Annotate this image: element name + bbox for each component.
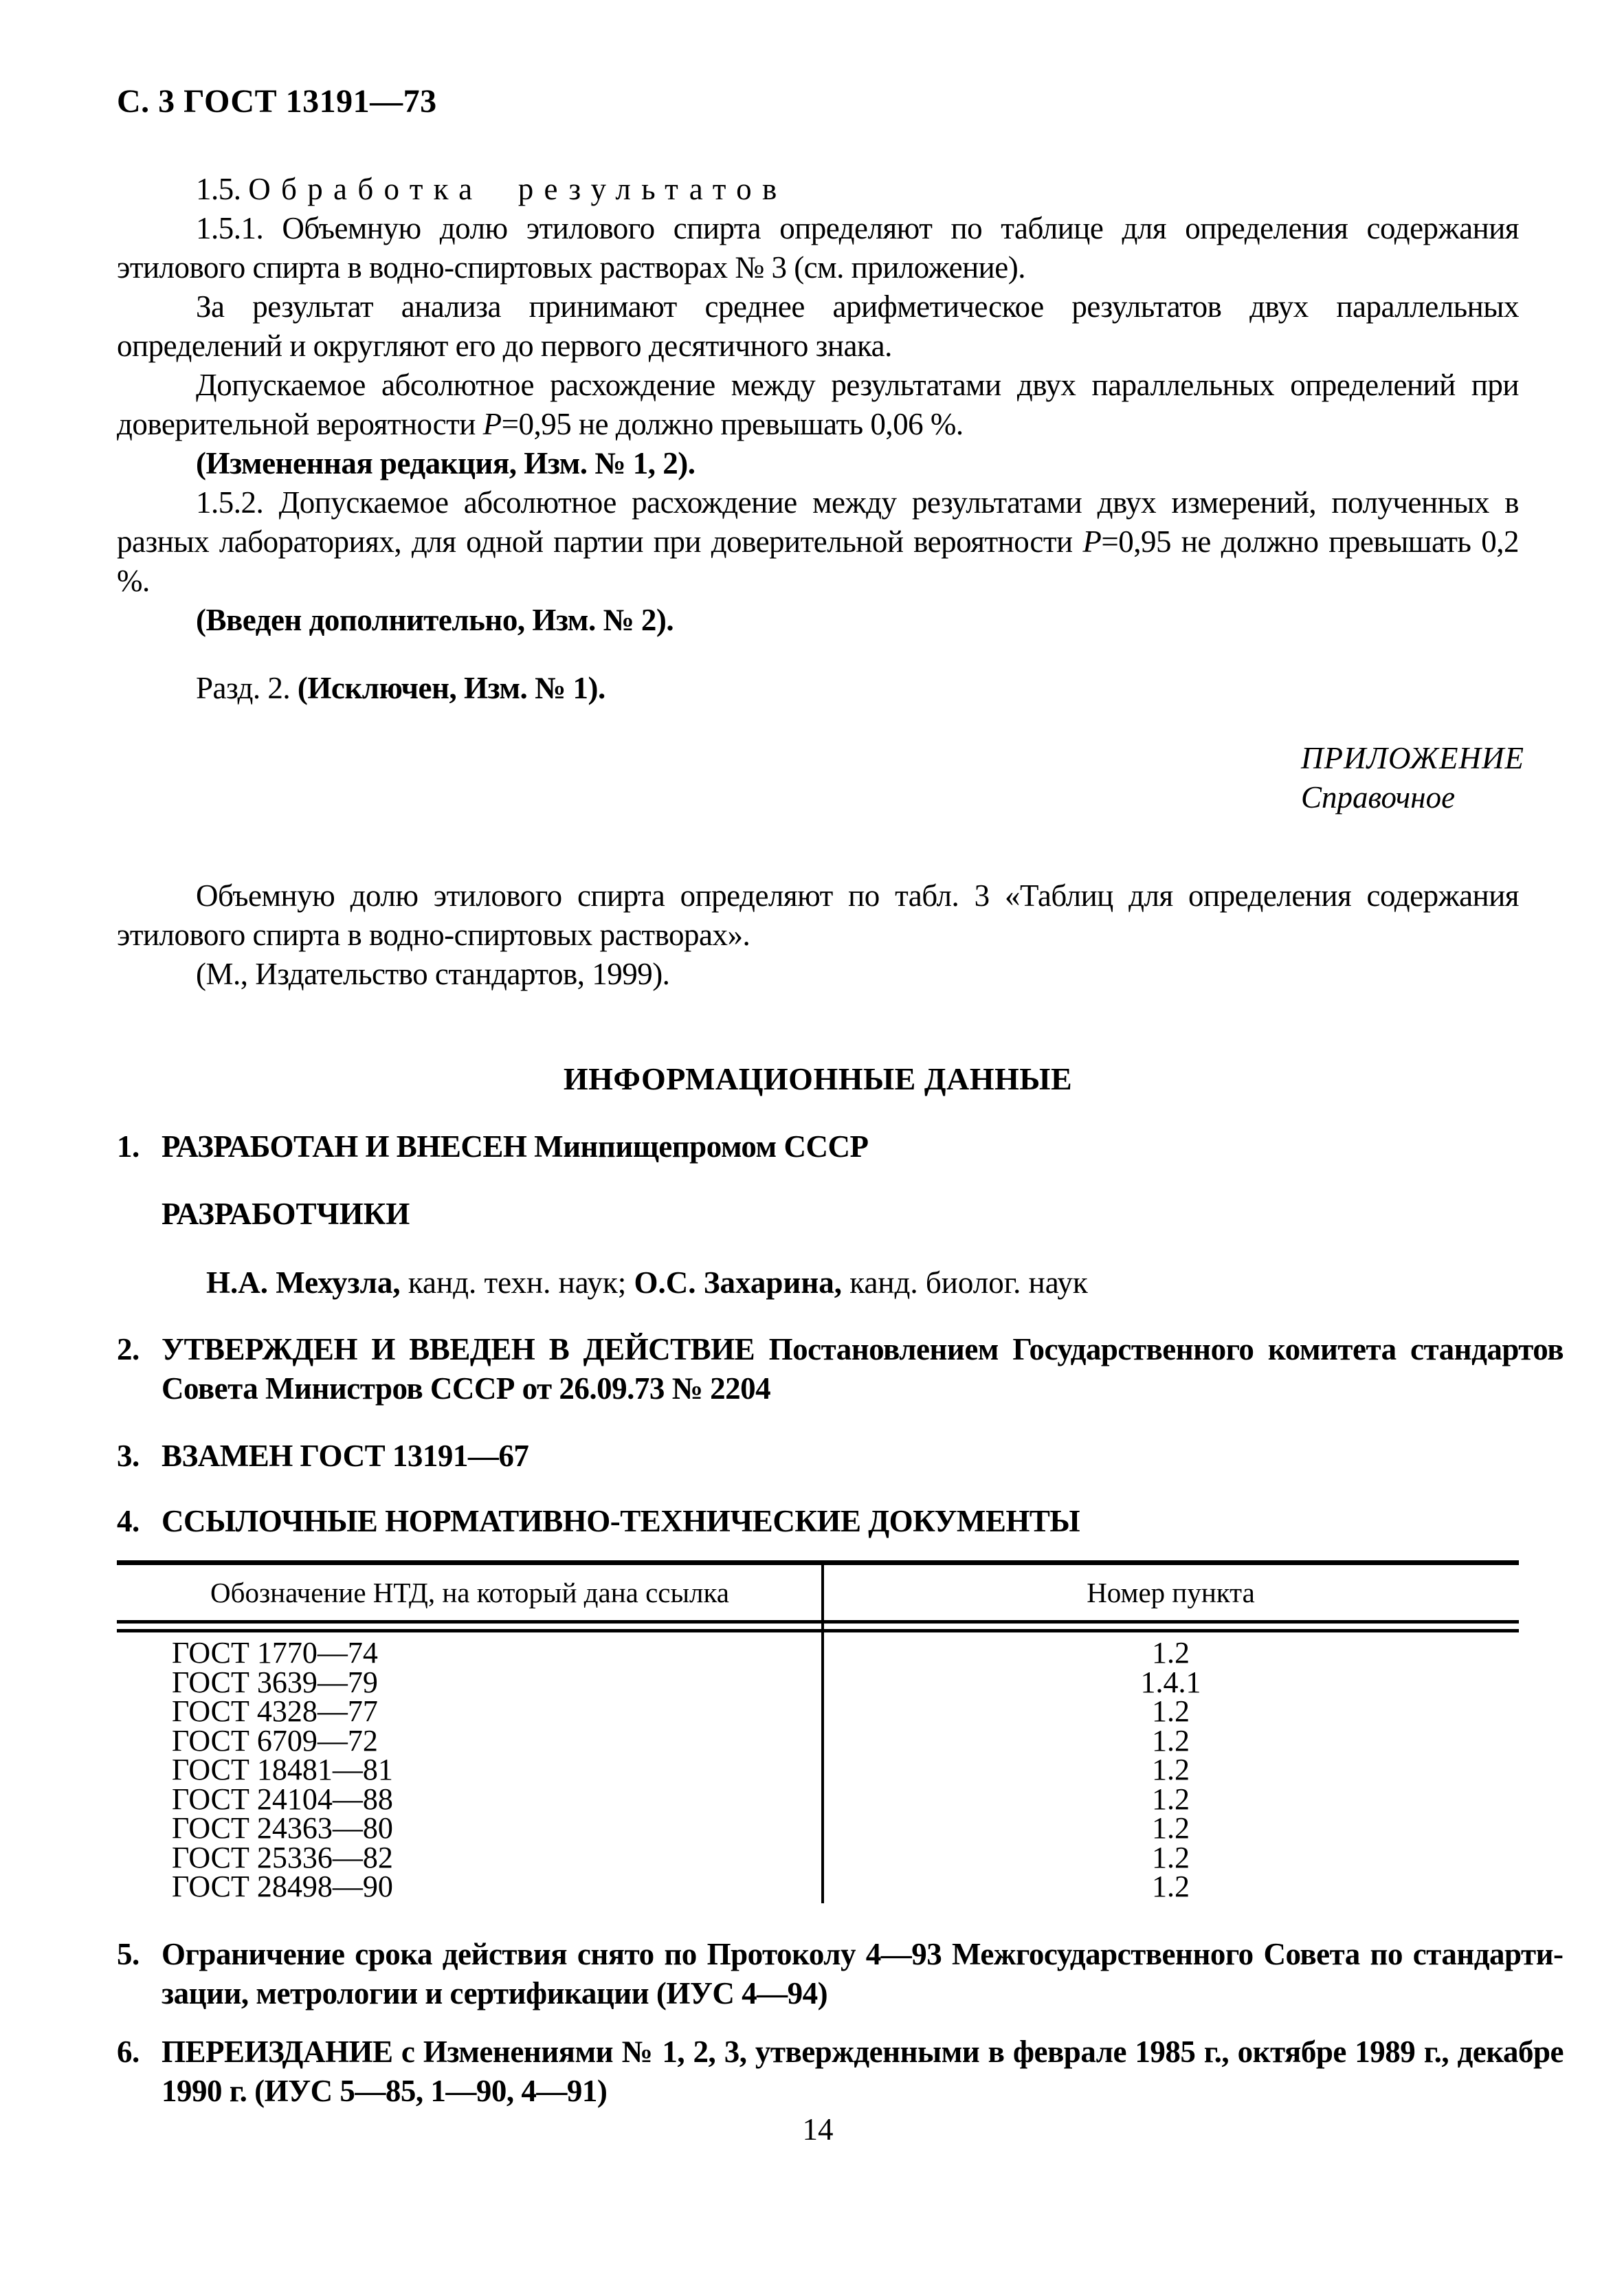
appendix-label: ПРИЛОЖЕНИЕ <box>1301 739 1524 778</box>
probability-symbol: Р <box>483 407 502 441</box>
table-body: ГОСТ 1770—741.2 ГОСТ 3639—791.4.1 ГОСТ 4… <box>117 1632 1519 1902</box>
cell-ntd: ГОСТ 6709—72 <box>117 1727 823 1756</box>
cell-punkt: 1.2 <box>823 1785 1519 1815</box>
cell-punkt: 1.2 <box>823 1814 1519 1843</box>
item-3-text: ВЗАМЕН ГОСТ 13191—67 <box>162 1439 529 1473</box>
info-item-6: 6. ПЕРЕИЗДАНИЕ с Изменениями № 1, 2, 3, … <box>117 2032 1564 2111</box>
table-row: ГОСТ 18481—811.2 <box>117 1755 1519 1785</box>
appendix-paragraph: Объемную долю этилового спирта определяю… <box>117 876 1519 955</box>
item-5-number: 5. <box>117 1935 140 1974</box>
info-item-1: 1. РАЗРАБОТАН И ВНЕСЕН Минпищепромом ССС… <box>117 1127 1564 1166</box>
developer-2-degree: канд. биолог. наук <box>842 1265 1088 1300</box>
item-1-number: 1. <box>117 1127 140 1166</box>
table-row: ГОСТ 3639—791.4.1 <box>117 1668 1519 1698</box>
razdel-2-label: Разд. 2. <box>196 671 298 705</box>
info-item-4: 4. ССЫЛОЧНЫЕ НОРМАТИВНО-ТЕХНИЧЕСКИЕ ДОКУ… <box>117 1502 1564 1541</box>
item-5-text: Ограничение срока действия снято по Прот… <box>162 1937 1564 2010</box>
cell-punkt: 1.2 <box>823 1872 1519 1902</box>
deviation-text-post: =0,95 не должно превышать 0,06 %. <box>502 407 964 441</box>
document-page: С. 3 ГОСТ 13191—73 1.5. Обработка резуль… <box>0 0 1624 2293</box>
table-row: ГОСТ 24104—881.2 <box>117 1785 1519 1815</box>
cell-punkt: 1.2 <box>823 1843 1519 1873</box>
heading-number: 1.5. <box>196 172 241 206</box>
table-row: ГОСТ 25336—821.2 <box>117 1843 1519 1873</box>
item-4-number: 4. <box>117 1502 140 1541</box>
page-header: С. 3 ГОСТ 13191—73 <box>117 82 437 120</box>
section-heading: 1.5. Обработка результатов <box>117 170 1519 209</box>
table-row: ГОСТ 28498—901.2 <box>117 1872 1519 1902</box>
table-row: ГОСТ 4328—771.2 <box>117 1697 1519 1727</box>
razdel-2-note: (Исключен, Изм. № 1). <box>298 671 605 705</box>
heading-title: Обработка результатов <box>248 172 787 206</box>
developers-line: Н.А. Мехузла, канд. техн. наук; О.С. Зах… <box>206 1265 1088 1300</box>
info-item-5: 5. Ограничение срока действия снято по П… <box>117 1935 1564 2013</box>
table-row: ГОСТ 1770—741.2 <box>117 1639 1519 1668</box>
developer-2-name: О.С. Захарина, <box>634 1265 842 1300</box>
section-1-5: 1.5. Обработка результатов 1.5.1. Объемн… <box>117 170 1519 708</box>
razdel-2-line: Разд. 2. (Исключен, Изм. № 1). <box>117 669 1519 708</box>
cell-ntd: ГОСТ 3639—79 <box>117 1668 823 1698</box>
paragraph-average-result: За результат анализа принимают среднее а… <box>117 287 1519 366</box>
appendix-sublabel: Справочное <box>1301 778 1524 817</box>
cell-ntd: ГОСТ 24363—80 <box>117 1814 823 1843</box>
cell-ntd: ГОСТ 4328—77 <box>117 1697 823 1727</box>
page-number: 14 <box>117 2112 1519 2147</box>
item-2-text: УТВЕРЖДЕН И ВВЕДЕН В ДЕЙСТВИЕ Постановле… <box>162 1332 1564 1406</box>
column-header-punkt: Номер пункта <box>823 1576 1519 1609</box>
note-vveden-dopolnitelno: (Введен дополнительно, Изм. № 2). <box>117 601 1519 640</box>
table-header-row: Обозначение НТД, на который дана ссылка … <box>117 1565 1519 1620</box>
paragraph-1-5-1: 1.5.1. Объемную долю этилового спирта оп… <box>117 209 1519 287</box>
table-row: ГОСТ 6709—721.2 <box>117 1727 1519 1756</box>
info-item-2: 2. УТВЕРЖДЕН И ВВЕДЕН В ДЕЙСТВИЕ Постано… <box>117 1330 1564 1408</box>
cell-punkt: 1.2 <box>823 1697 1519 1727</box>
item-3-number: 3. <box>117 1437 140 1476</box>
table-column-divider <box>821 1565 824 1903</box>
appendix-heading: ПРИЛОЖЕНИЕ Справочное <box>1301 739 1524 817</box>
item-2-number: 2. <box>117 1330 140 1369</box>
appendix-publisher: (М., Издательство стандартов, 1999). <box>117 955 1519 994</box>
cell-punkt: 1.2 <box>823 1727 1519 1756</box>
cell-punkt: 1.4.1 <box>823 1668 1519 1698</box>
developers-label: РАЗРАБОТЧИКИ <box>162 1196 410 1232</box>
developer-1-degree: канд. техн. наук; <box>401 1265 634 1300</box>
paragraph-allowed-deviation: Допускаемое абсолютное расхождение между… <box>117 366 1519 444</box>
appendix-section: Объемную долю этилового спирта определяю… <box>117 876 1519 994</box>
cell-punkt: 1.2 <box>823 1639 1519 1668</box>
paragraph-1-5-2: 1.5.2. Допускаемое абсолютное расхождени… <box>117 483 1519 601</box>
item-4-text: ССЫЛОЧНЫЕ НОРМАТИВНО-ТЕХНИЧЕСКИЕ ДОКУМЕН… <box>162 1504 1080 1538</box>
item-1-text: РАЗРАБОТАН И ВНЕСЕН Минпищепромом СССР <box>162 1129 868 1164</box>
table-row: ГОСТ 24363—801.2 <box>117 1814 1519 1843</box>
cell-punkt: 1.2 <box>823 1755 1519 1785</box>
info-item-3: 3. ВЗАМЕН ГОСТ 13191—67 <box>117 1437 1564 1476</box>
cell-ntd: ГОСТ 24104—88 <box>117 1785 823 1815</box>
developer-1-name: Н.А. Мехузла, <box>206 1265 401 1300</box>
probability-symbol-2: Р <box>1082 524 1101 559</box>
column-header-ntd: Обозначение НТД, на который дана ссылка <box>117 1576 823 1609</box>
info-data-title: ИНФОРМАЦИОННЫЕ ДАННЫЕ <box>117 1061 1519 1097</box>
table-header-separator <box>117 1620 1519 1632</box>
item-6-number: 6. <box>117 2032 140 2072</box>
references-table: Обозначение НТД, на который дана ссылка … <box>117 1560 1519 1902</box>
note-izmenennaya-redakciya: (Измененная редакция, Изм. № 1, 2). <box>117 444 1519 483</box>
cell-ntd: ГОСТ 28498—90 <box>117 1872 823 1902</box>
cell-ntd: ГОСТ 1770—74 <box>117 1639 823 1668</box>
cell-ntd: ГОСТ 18481—81 <box>117 1755 823 1785</box>
item-6-text: ПЕРЕИЗДАНИЕ с Изменениями № 1, 2, 3, утв… <box>162 2035 1564 2108</box>
cell-ntd: ГОСТ 25336—82 <box>117 1843 823 1873</box>
